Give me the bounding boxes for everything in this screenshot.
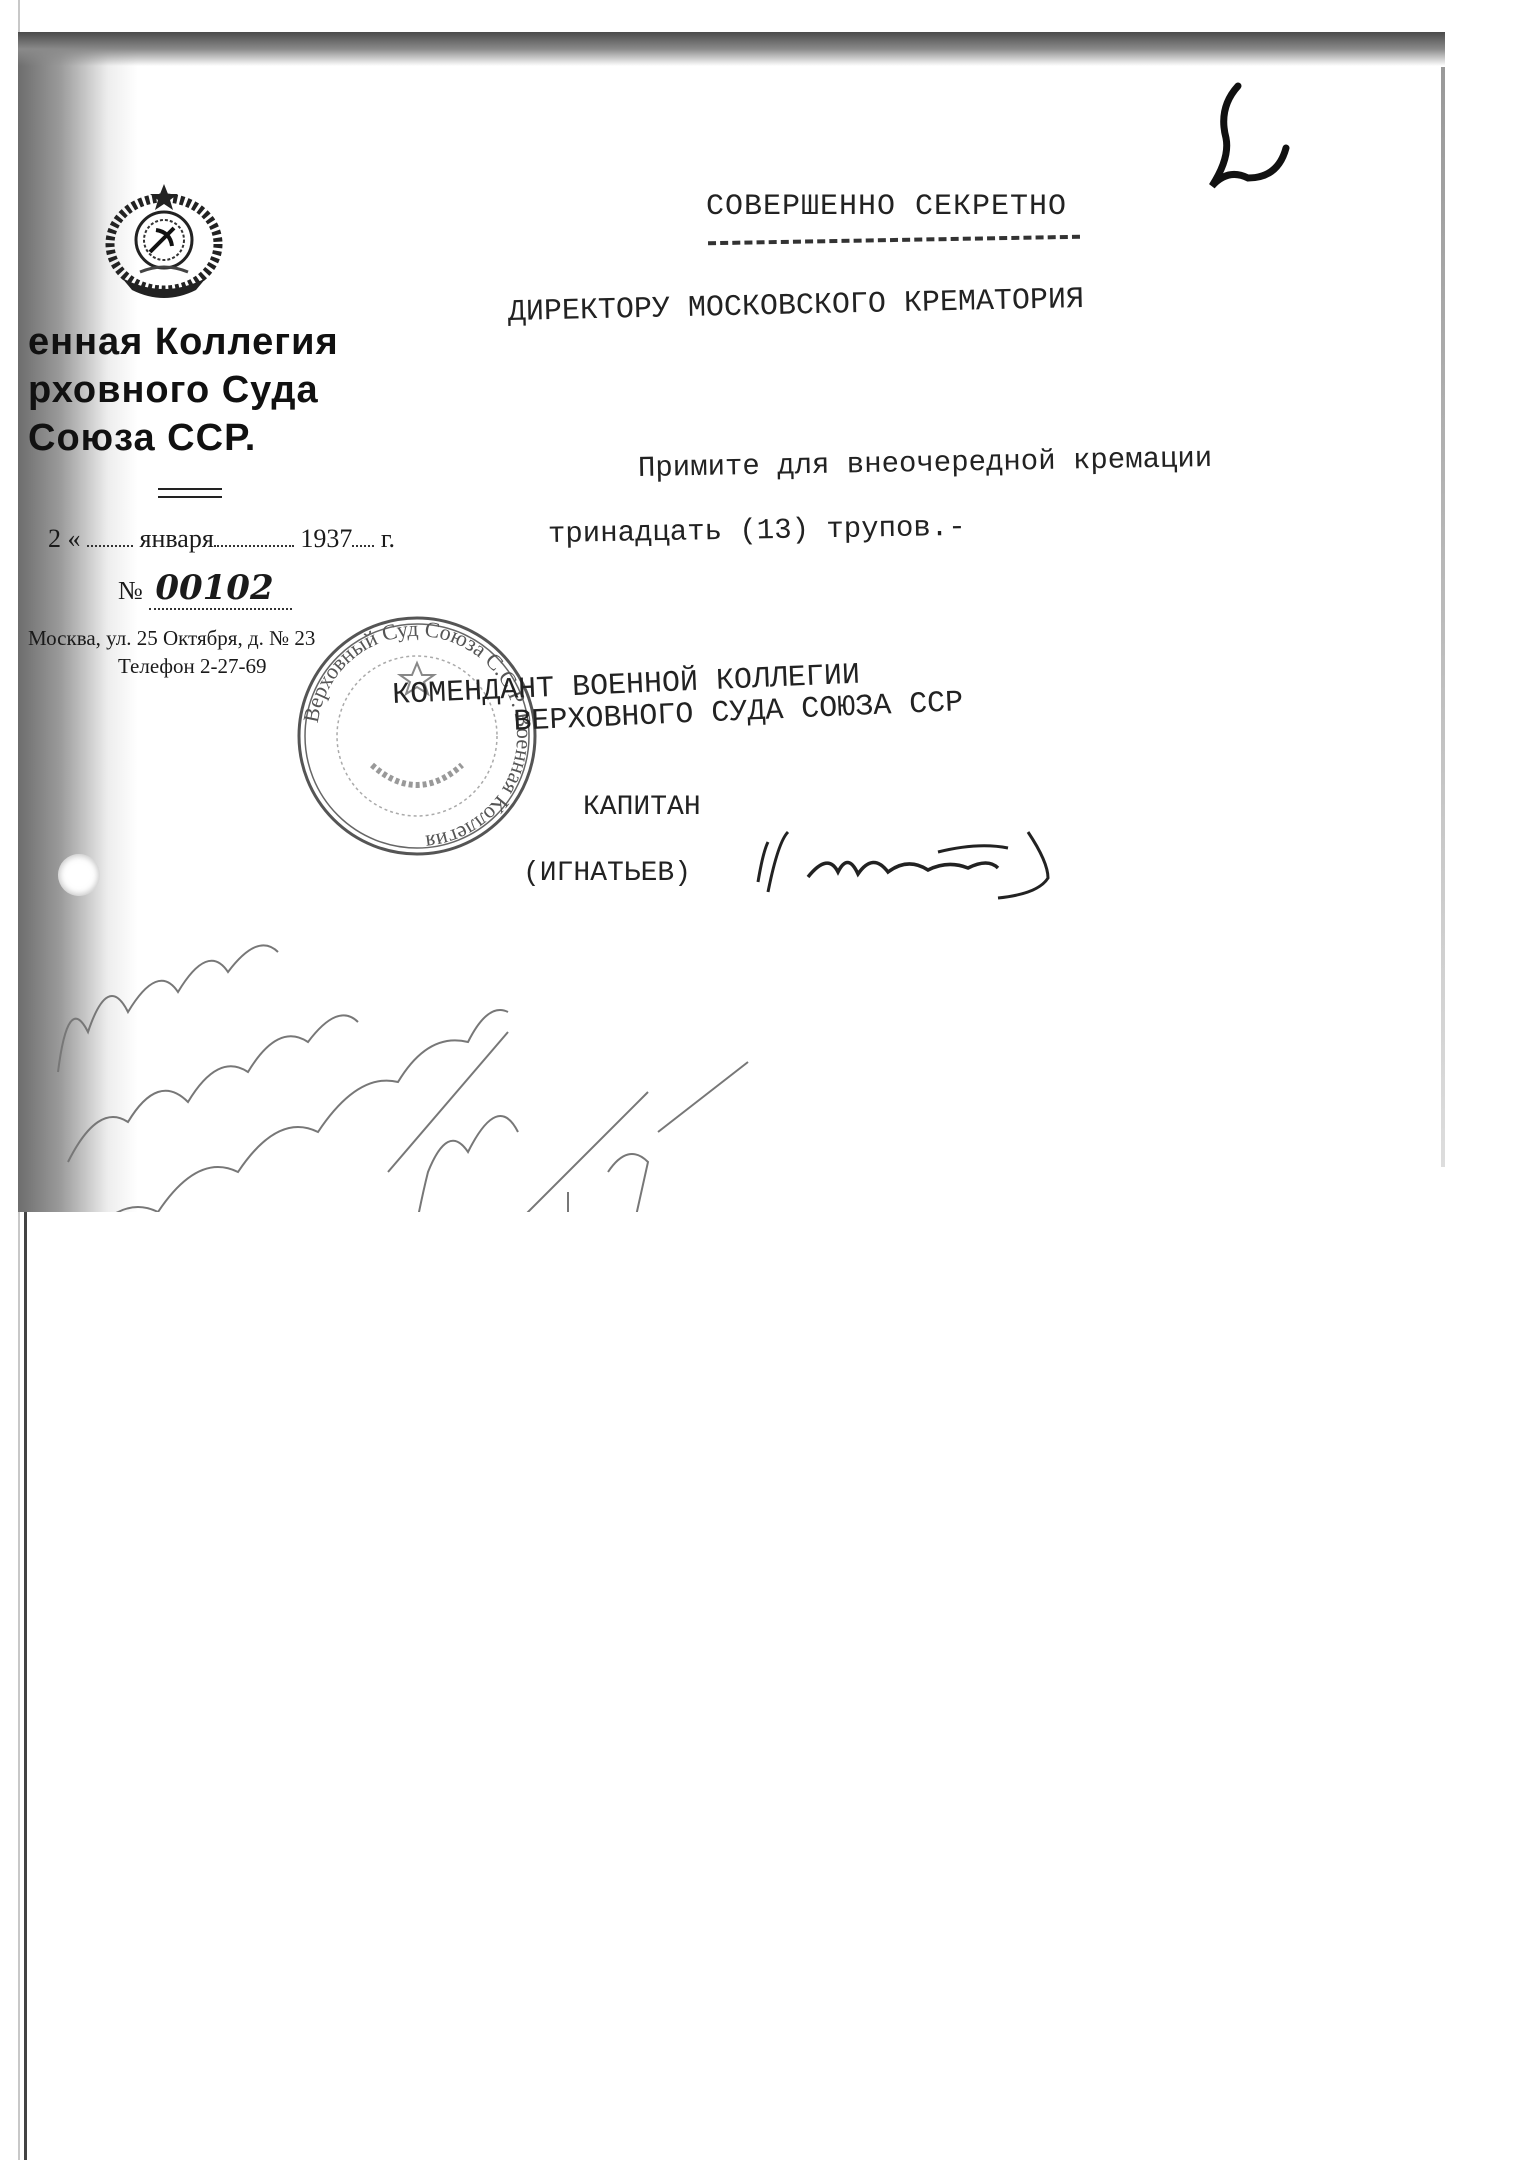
scan-shadow-top (18, 32, 1445, 66)
pencil-annotation: 10/I-37 (28, 872, 788, 1212)
date-month: января (140, 524, 214, 553)
handwritten-signature: Игнатьев (748, 822, 1108, 902)
classification-underline (708, 235, 1080, 245)
letterhead-line-2: рховного Суда (28, 366, 339, 414)
date-line: 2 « января 1937 г. (48, 524, 395, 554)
letterhead: енная Коллегия рховного Суда Союза ССР. (28, 318, 339, 462)
number-label: № (118, 576, 143, 605)
classification-stamp: СОВЕРШЕННО СЕКРЕТНО (706, 190, 1067, 224)
signatory-rank: КАПИТАН (583, 792, 701, 823)
date-year: 1937 (300, 524, 352, 553)
address-block: Москва, ул. 25 Октября, д. № 23 Телефон … (28, 624, 315, 680)
date-day: 2 « (48, 524, 81, 553)
phone-line: Телефон 2-27-69 (28, 652, 315, 680)
date-year-dots (352, 545, 374, 547)
body-line-1: Примите для внеочередной кремации (638, 442, 1213, 485)
body-line-2: тринадцать (13) трупов.- (548, 511, 966, 551)
page-number-handwritten: 2 (1198, 78, 1298, 198)
letterhead-line-1: енная Коллегия (28, 318, 339, 366)
scan-right-edge (1441, 67, 1445, 1167)
date-suffix: г. (381, 524, 395, 553)
addressee: ДИРЕКТОРУ МОСКОВСКОГО КРЕМАТОРИЯ (508, 283, 1085, 330)
document-number: № 00102 (118, 568, 292, 610)
date-month-dots (214, 545, 294, 547)
date-day-dots (87, 545, 133, 547)
number-value: 00102 (149, 568, 291, 610)
scanned-document: енная Коллегия рховного Суда Союза ССР. … (18, 32, 1445, 1212)
ussr-emblem-icon (100, 182, 228, 302)
letterhead-line-3: Союза ССР. (28, 414, 339, 462)
binding-spine (24, 1170, 27, 2160)
letterhead-rule (158, 488, 222, 498)
address-line: Москва, ул. 25 Октября, д. № 23 (28, 624, 315, 652)
